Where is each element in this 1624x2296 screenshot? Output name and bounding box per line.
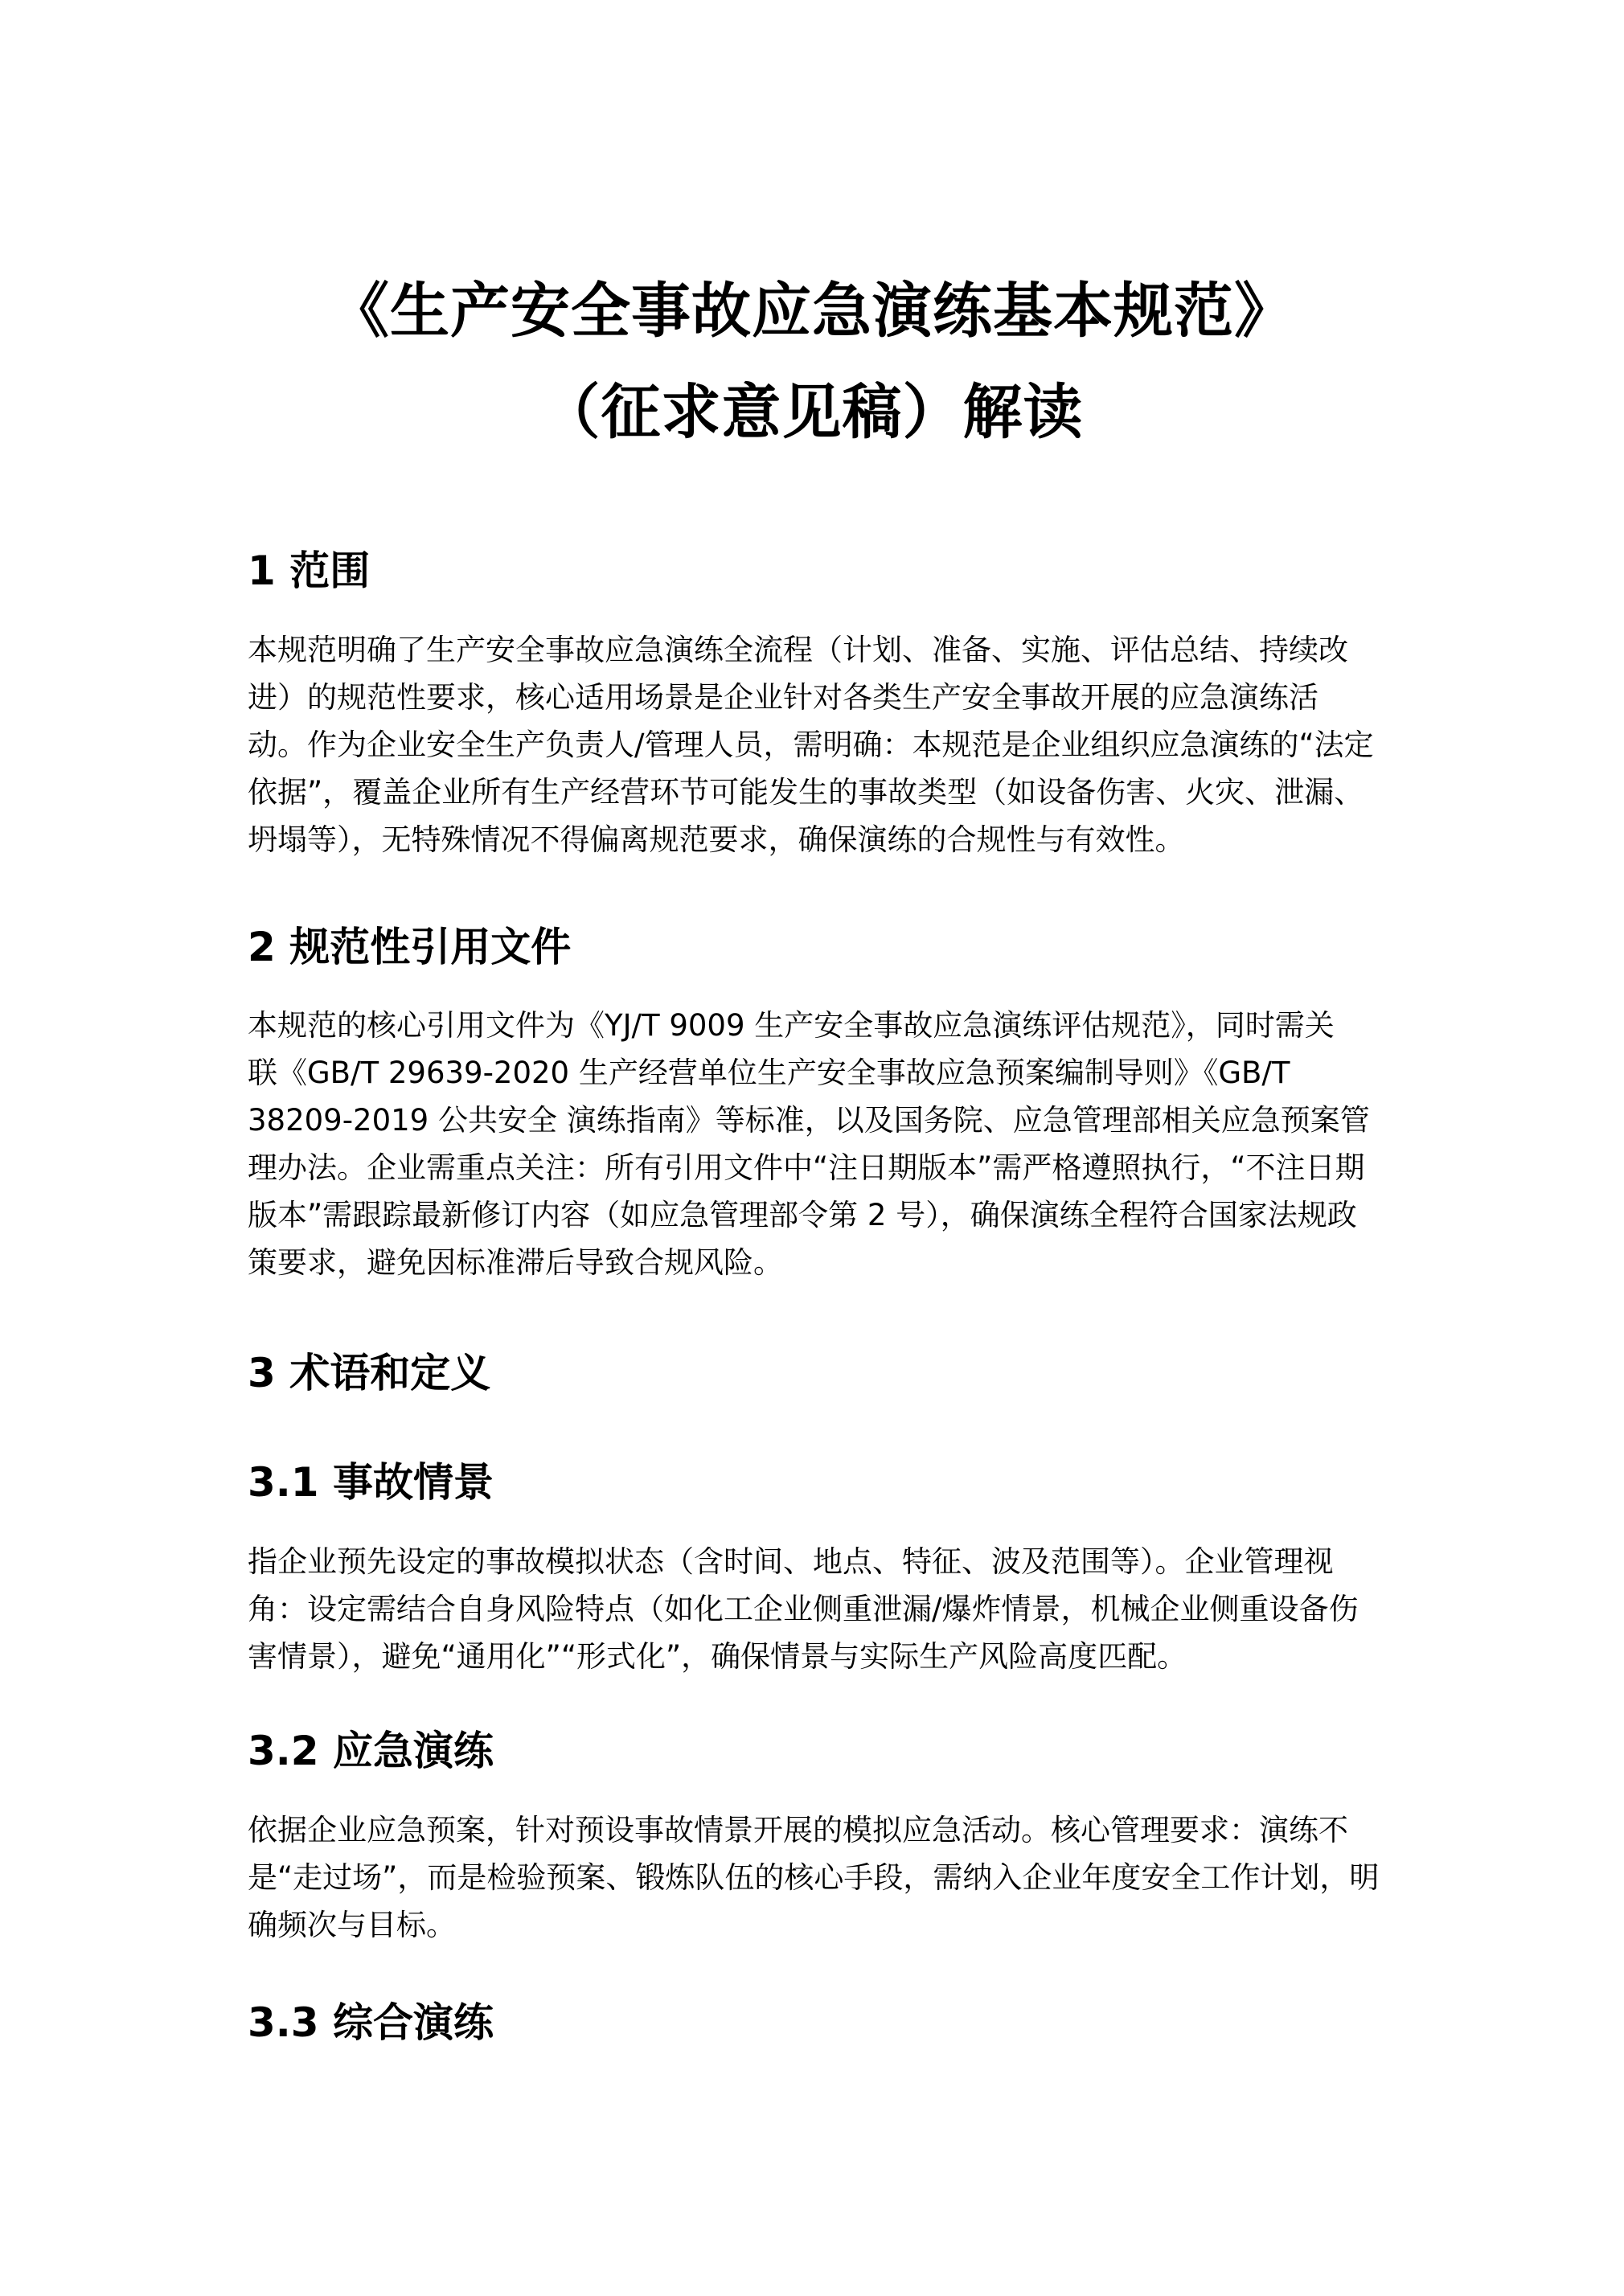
paragraph-line: 本规范明确了生产安全事故应急演练全流程（计划、准备、实施、评估总结、持续改 <box>248 630 1348 670</box>
paragraph-line: 坍塌等），无特殊情况不得偏离规范要求，确保演练的合规性与有效性。 <box>248 820 1185 860</box>
paragraph-line: 进）的规范性要求，核心适用场景是企业针对各类生产安全事故开展的应急演练活 <box>248 678 1318 718</box>
document-title-line-1: 《生产安全事故应急演练基本规范》 <box>0 275 1624 347</box>
subsection-heading-comprehensive-drill: 3.3 综合演练 <box>248 1999 494 2047</box>
paragraph-line: 害情景），避免“通用化”“形式化”，确保情景与实际生产风险高度匹配。 <box>248 1637 1187 1677</box>
paragraph-line: 理办法。企业需重点关注：所有引用文件中“注日期版本”需严格遵照执行，“不注日期 <box>248 1148 1365 1188</box>
paragraph-line: 联《GB/T 29639-2020 生产经营单位生产安全事故应急预案编制导则》《… <box>248 1053 1290 1093</box>
subsection-heading-accident-scenario: 3.1 事故情景 <box>248 1458 494 1507</box>
paragraph-line: 确频次与目标。 <box>248 1905 456 1945</box>
paragraph-line: 38209-2019 公共安全 演练指南》等标准，以及国务院、应急管理部相关应急… <box>248 1101 1370 1141</box>
paragraph-line: 本规范的核心引用文件为《YJ/T 9009 生产安全事故应急演练评估规范》，同时… <box>248 1006 1335 1046</box>
paragraph-line: 动。作为企业安全生产负责人/管理人员，需明确：本规范是企业组织应急演练的“法定 <box>248 725 1374 765</box>
section-heading-terms-definitions: 3 术语和定义 <box>248 1349 490 1397</box>
document-page: 《生产安全事故应急演练基本规范》 （征求意见稿）解读 1 范围 本规范明确了生产… <box>0 0 1624 2296</box>
paragraph-line: 指企业预先设定的事故模拟状态（含时间、地点、特征、波及范围等）。企业管理视 <box>248 1542 1334 1582</box>
paragraph-line: 依据”，覆盖企业所有生产经营环节可能发生的事故类型（如设备伤害、火灾、泄漏、 <box>248 773 1364 813</box>
section-heading-normative-references: 2 规范性引用文件 <box>248 923 571 971</box>
paragraph-line: 策要求，避免因标准滞后导致合规风险。 <box>248 1243 783 1283</box>
subsection-heading-emergency-drill: 3.2 应急演练 <box>248 1727 494 1775</box>
document-title-line-2: （征求意见稿）解读 <box>0 376 1624 449</box>
paragraph-line: 是“走过场”，而是检验预案、锻炼队伍的核心手段，需纳入企业年度安全工作计划，明 <box>248 1858 1379 1898</box>
paragraph-line: 依据企业应急预案，针对预设事故情景开展的模拟应急活动。核心管理要求：演练不 <box>248 1810 1348 1851</box>
paragraph-line: 版本”需跟踪最新修订内容（如应急管理部令第 2 号），确保演练全程符合国家法规政 <box>248 1195 1357 1236</box>
paragraph-line: 角：设定需结合自身风险特点（如化工企业侧重泄漏/爆炸情景，机械企业侧重设备伤 <box>248 1589 1358 1630</box>
section-heading-scope: 1 范围 <box>248 547 370 595</box>
